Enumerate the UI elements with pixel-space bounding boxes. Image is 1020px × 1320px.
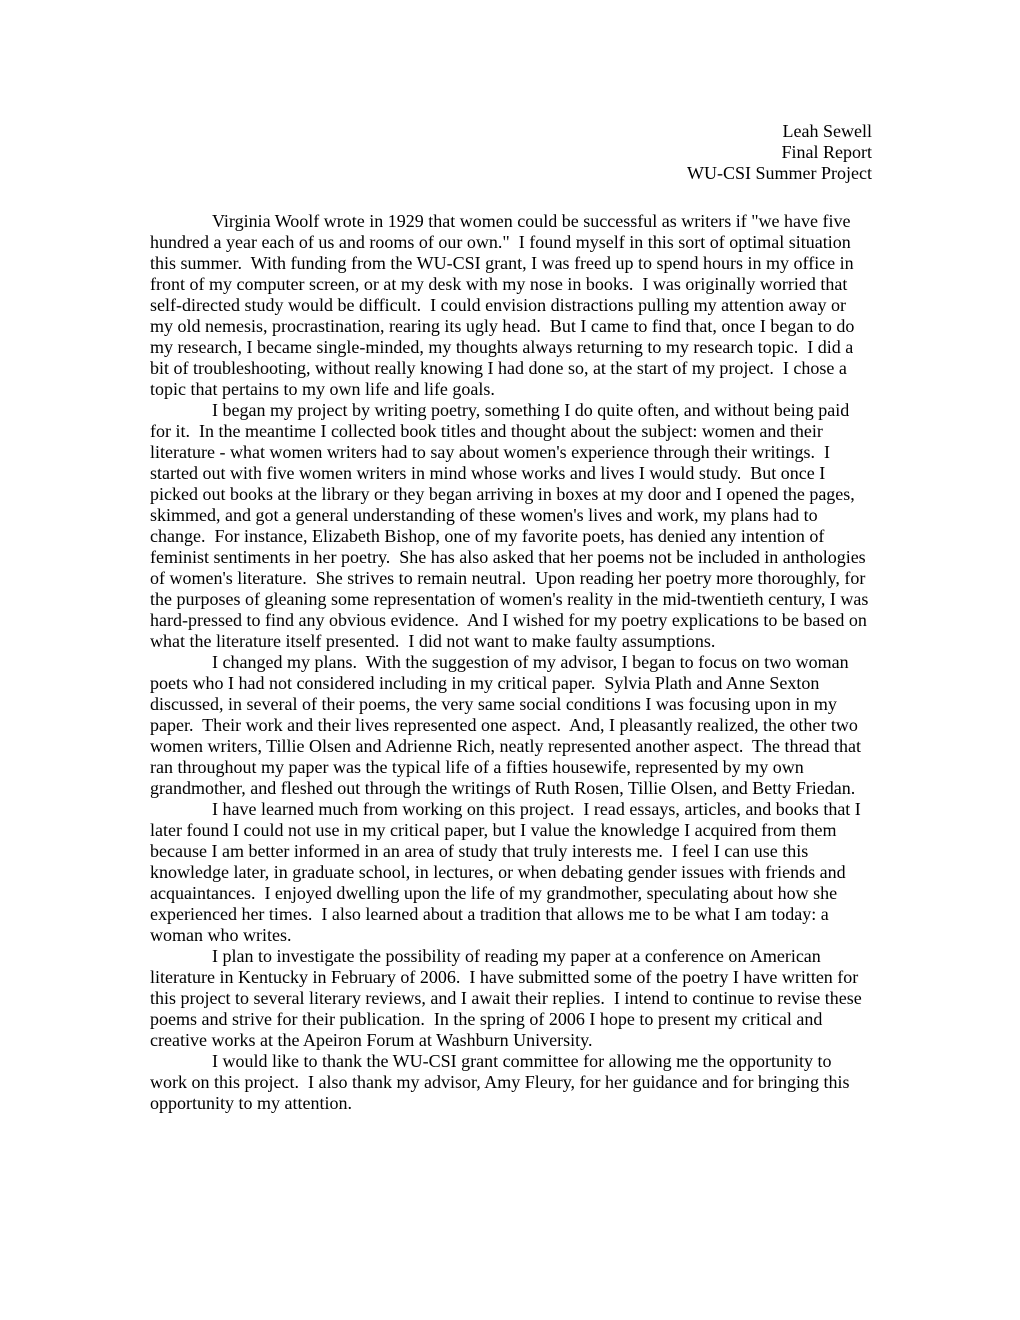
- paragraph-acknowledgments: I would like to thank the WU-CSI grant c…: [150, 1051, 872, 1114]
- document-page: Leah Sewell Final Report WU-CSI Summer P…: [0, 0, 1020, 1320]
- header-report-title: Final Report: [150, 142, 872, 163]
- paragraph-project-start: I began my project by writing poetry, so…: [150, 400, 872, 652]
- paragraph-changed-plans: I changed my plans. With the suggestion …: [150, 652, 872, 799]
- header-project-name: WU-CSI Summer Project: [150, 163, 872, 184]
- document-body: Virginia Woolf wrote in 1929 that women …: [150, 211, 872, 1114]
- header-author: Leah Sewell: [150, 121, 872, 142]
- paragraph-introduction: Virginia Woolf wrote in 1929 that women …: [150, 211, 872, 400]
- paragraph-lessons-learned: I have learned much from working on this…: [150, 799, 872, 946]
- document-header: Leah Sewell Final Report WU-CSI Summer P…: [150, 121, 872, 184]
- paragraph-future-plans: I plan to investigate the possibility of…: [150, 946, 872, 1051]
